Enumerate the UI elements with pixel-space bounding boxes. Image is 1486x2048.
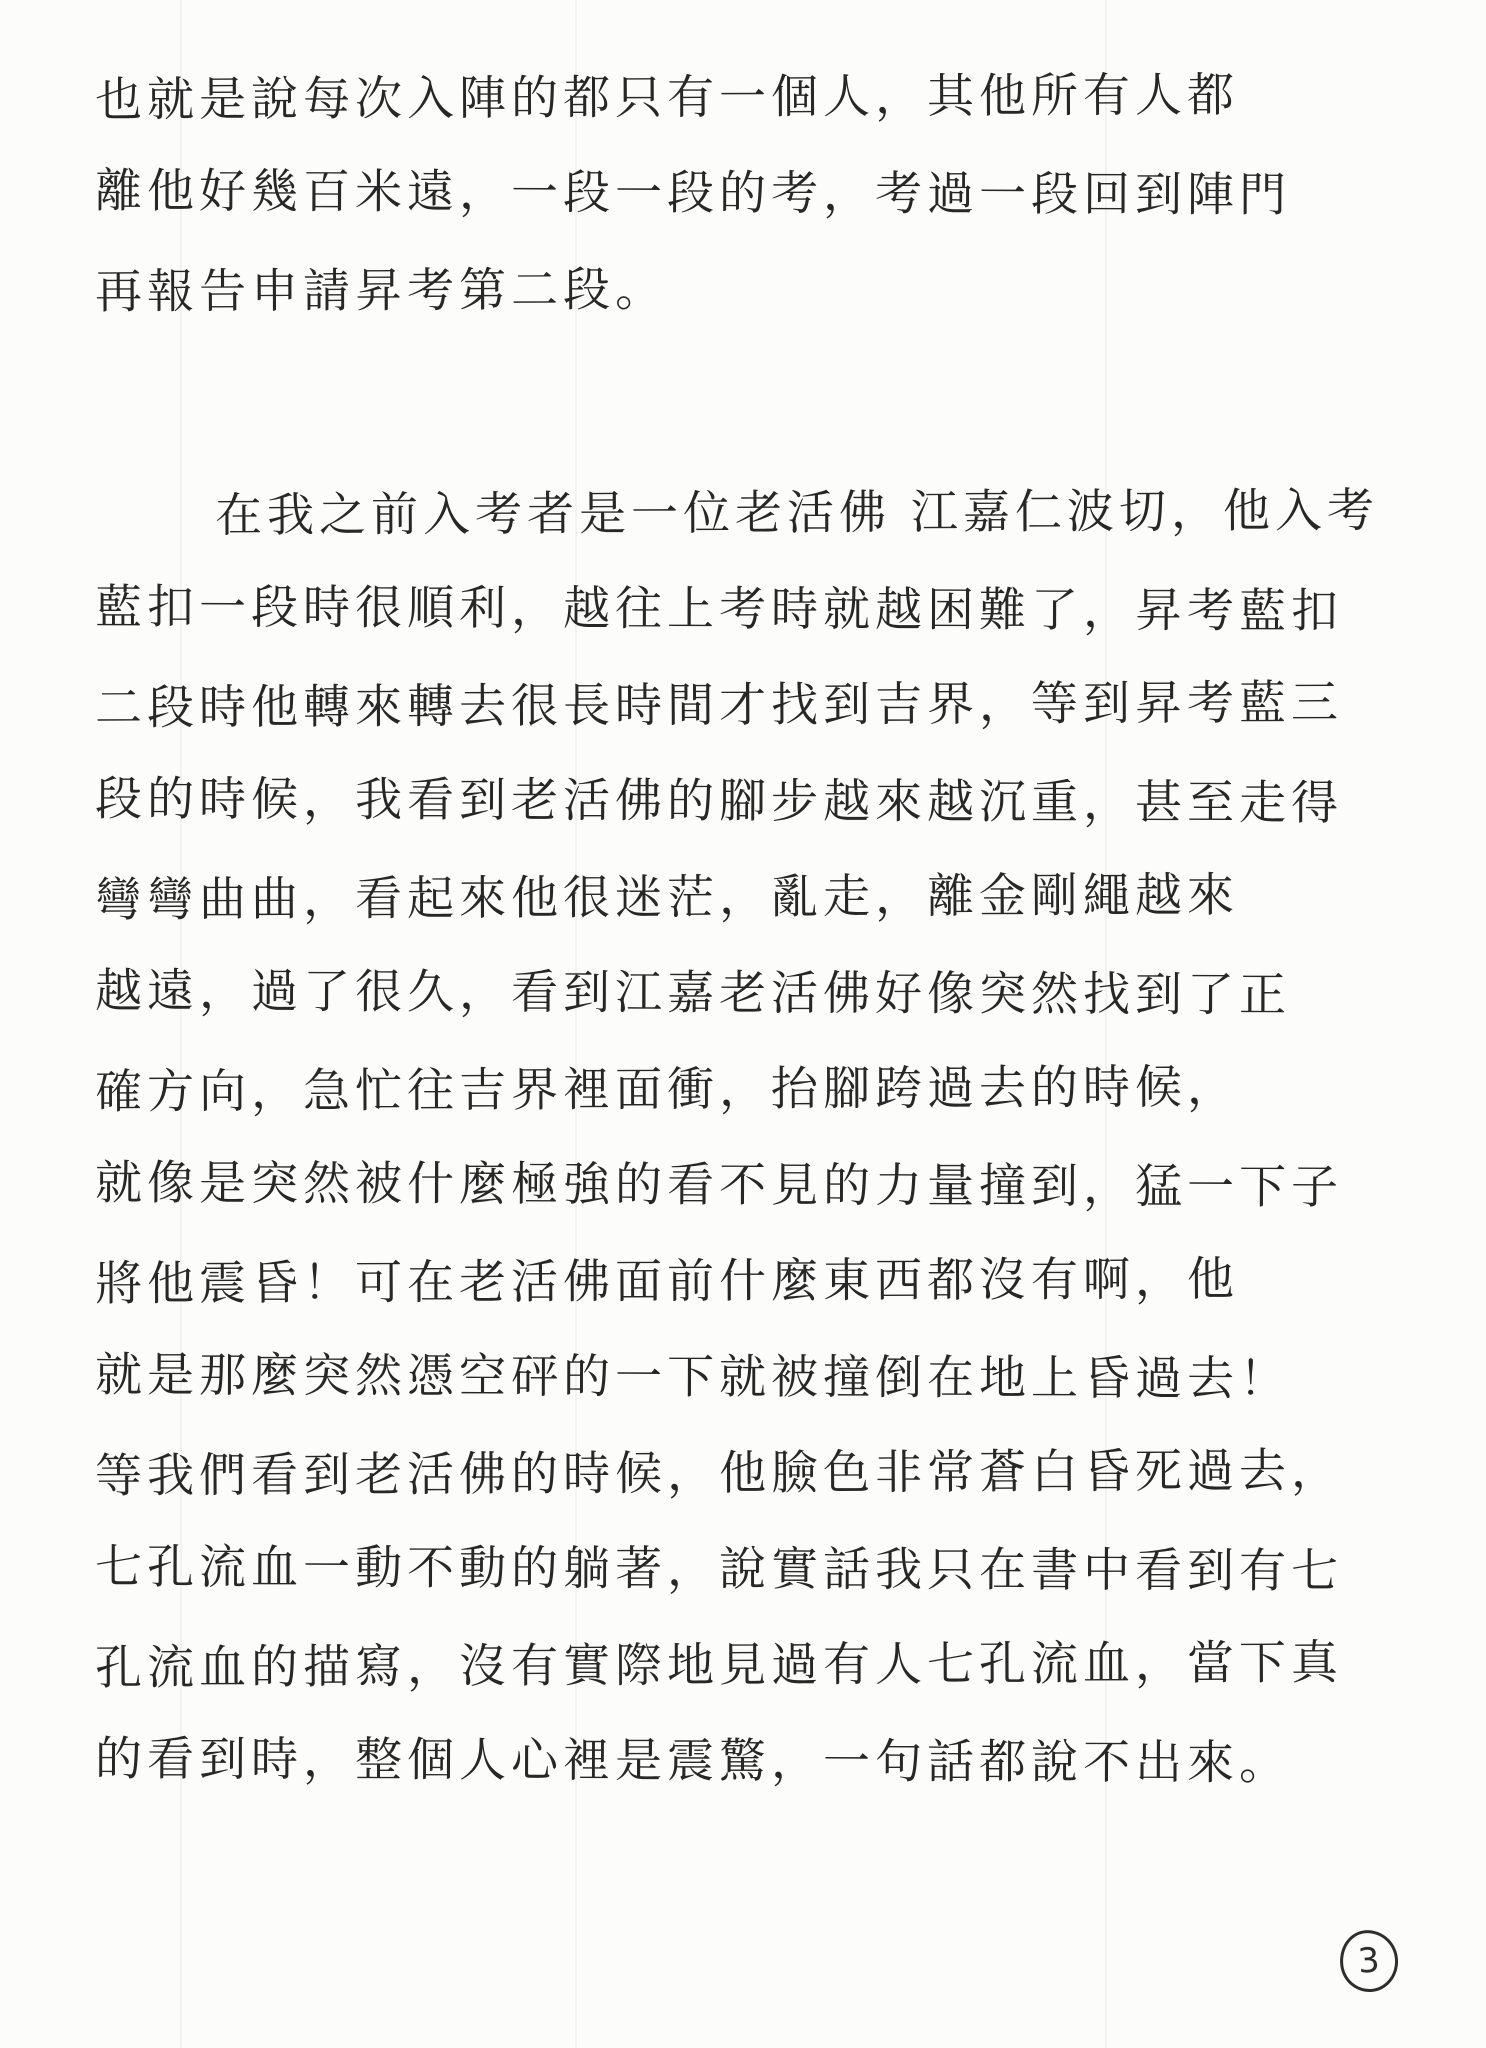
- page-number-badge: 3: [1336, 1926, 1402, 1995]
- handwritten-line: 越遠，過了很久，看到江嘉老活佛好像突然找到了正: [95, 944, 1400, 1045]
- handwritten-line: 離他好幾百米遠，一段一段的考，考過一段回到陣門: [95, 144, 1400, 245]
- paragraph-2: 在我之前入考者是一位老活佛 江嘉仁波切，他入考 藍扣一段時很順利，越往上考時就越…: [95, 466, 1400, 1810]
- page-number-value: 3: [1357, 1940, 1381, 1981]
- manuscript-page: 也就是說每次入陣的都只有一個人，其他所有人都 離他好幾百米遠，一段一段的考，考過…: [0, 0, 1486, 2048]
- handwritten-text-block: 也就是說每次入陣的都只有一個人，其他所有人都 離他好幾百米遠，一段一段的考，考過…: [0, 0, 1486, 1810]
- handwritten-line: 就像是突然被什麼極強的看不見的力量撞到，猛一下子: [95, 1136, 1400, 1237]
- handwritten-line: 再報告申請昇考第二段。: [95, 239, 1400, 341]
- handwritten-line: 的看到時，整個人心裡是震驚，一句話都說不出來。: [95, 1712, 1400, 1813]
- handwritten-line: 在我之前入考者是一位老活佛 江嘉仁波切，他入考: [95, 463, 1400, 565]
- handwritten-line: 也就是說每次入陣的都只有一個人，其他所有人都: [95, 47, 1400, 149]
- handwritten-line: 確方向，急忙往吉界裡面衝，抬腳跨過去的時候，: [95, 1039, 1400, 1141]
- handwritten-line: 段的時候，我看到老活佛的腳步越來越沉重，甚至走得: [95, 752, 1400, 853]
- handwritten-line: 七孔流血一動不動的躺著，說實話我只在書中看到有七: [95, 1520, 1400, 1621]
- handwritten-line: 孔流血的描寫，沒有實際地見過有人七孔流血，當下真: [95, 1615, 1400, 1717]
- handwritten-line: 藍扣一段時很順利，越往上考時就越困難了，昇考藍扣: [95, 560, 1400, 661]
- handwritten-line: 二段時他轉來轉去很長時間才找到吉界，等到昇考藍三: [95, 655, 1400, 757]
- paragraph-1: 也就是說每次入陣的都只有一個人，其他所有人都 離他好幾百米遠，一段一段的考，考過…: [95, 50, 1400, 338]
- handwritten-line: 就是那麼突然憑空砰的一下就被撞倒在地上昏過去！: [95, 1328, 1400, 1429]
- handwritten-line: 等我們看到老活佛的時候，他臉色非常蒼白昏死過去，: [95, 1423, 1400, 1525]
- handwritten-line: 彎彎曲曲，看起來他很迷茫，亂走，離金剛繩越來: [95, 847, 1400, 949]
- handwritten-line: 將他震昏！可在老活佛面前什麼東西都沒有啊，他: [95, 1231, 1400, 1333]
